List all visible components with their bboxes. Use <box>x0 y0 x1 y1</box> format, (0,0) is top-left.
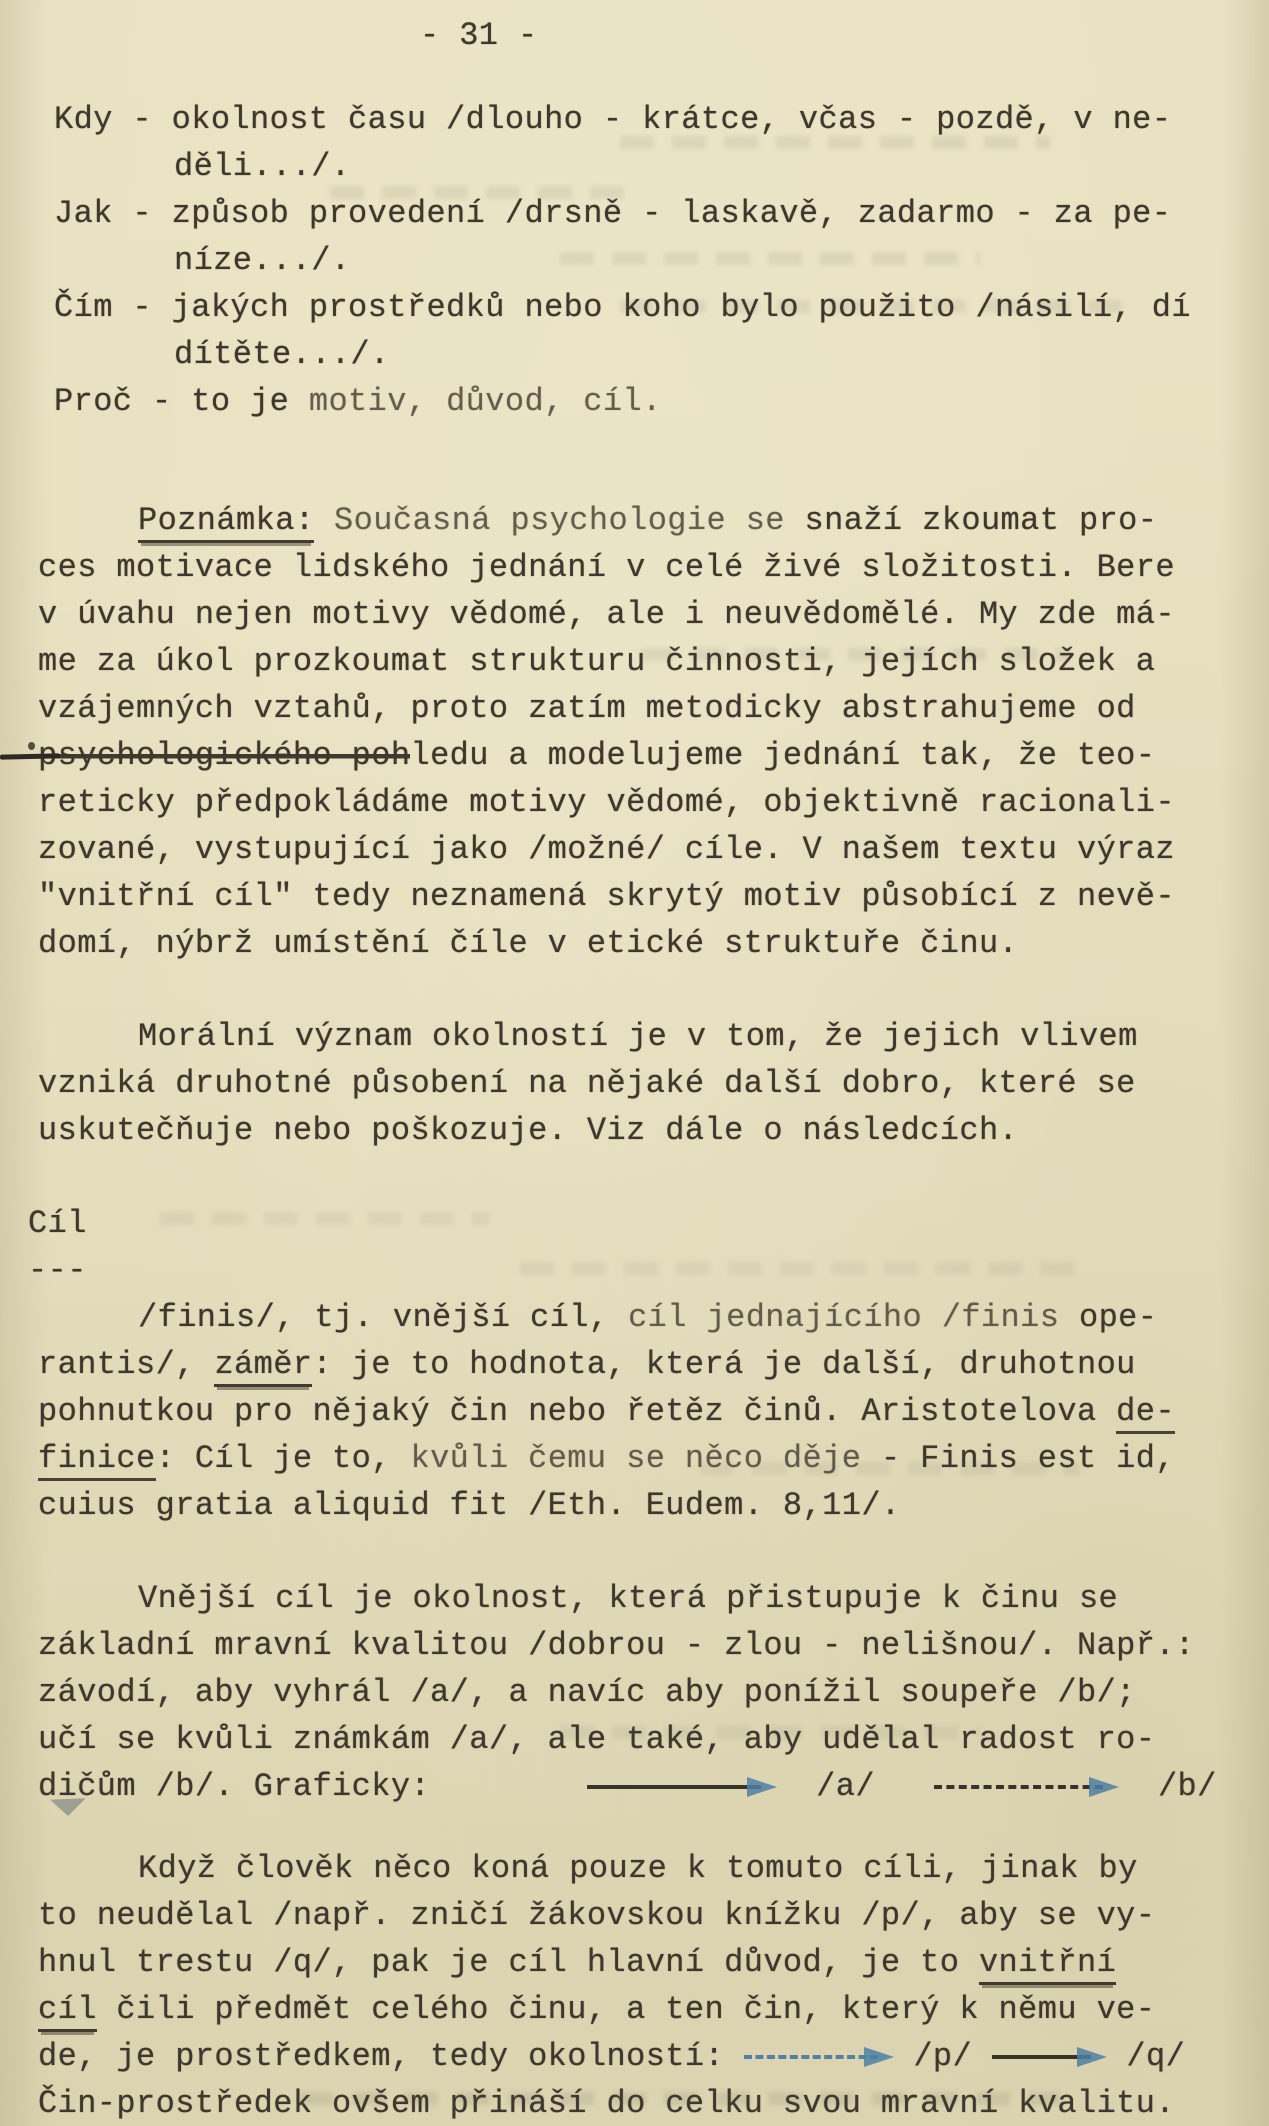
text-line: "vnitřní cíl" tedy neznamená skrytý moti… <box>0 873 1269 920</box>
solid-long-arrow <box>587 1776 777 1798</box>
text-line: základní mravní kvalitou /dobrou - zlou … <box>0 1622 1269 1669</box>
text-line: me za úkol prozkoumat strukturu činnosti… <box>0 638 1269 685</box>
text-line: hnul trestu /q/, pak je cíl hlavní důvod… <box>0 1939 1269 1986</box>
scanned-document-page: - 31 - Kdy - okolnost času /dlouho - krá… <box>0 0 1269 2126</box>
text-line: Vnější cíl je okolnost, která přistupuje… <box>0 1575 1269 1622</box>
text-run: cíl jednajícího /finis <box>628 1299 1059 1336</box>
text-line: pohnutkou pro nějaký čin nebo řetěz činů… <box>0 1388 1269 1435</box>
text-line: učí se kvůli známkám /a/, ale také, aby … <box>0 1716 1269 1763</box>
bleed-through-mark <box>160 1212 490 1225</box>
text-line: cuius gratia aliquid fit /Eth. Eudem. 8,… <box>0 1482 1269 1529</box>
text-line: Když člověk něco koná pouze k tomuto cíl… <box>0 1845 1269 1892</box>
text-block: Kdy - okolnost času /dlouho - krátce, vč… <box>0 96 1269 2126</box>
text-line: vzájemných vztahů, proto zatím metodicky… <box>0 685 1269 732</box>
bleed-through-mark <box>640 648 1070 661</box>
page-number: - 31 - <box>0 0 1269 61</box>
blank-line <box>0 1810 1269 1845</box>
blank-line <box>0 1529 1269 1575</box>
underlined-text: Poznámka: <box>138 502 314 543</box>
text-line: vzniká druhotné působení na nějaké další… <box>0 1060 1269 1107</box>
underlined-text: de- <box>1116 1393 1175 1434</box>
bleed-through-mark <box>620 136 1050 149</box>
blank-line <box>0 1154 1269 1200</box>
text-line: Morální význam okolností je v tom, že je… <box>0 1013 1269 1060</box>
pen-struck-text: psychologického poh <box>38 737 410 774</box>
text-line: Poznámka: Současná psychologie se snaží … <box>0 497 1269 544</box>
text-line: děli.../. <box>0 143 1269 190</box>
text-line: ces motivace lidského jednání v celé živ… <box>0 544 1269 591</box>
text-line: cíl čili předmět celého činu, a ten čin,… <box>0 1986 1269 2033</box>
text-line: reticky předpokládáme motivy vědomé, obj… <box>0 779 1269 826</box>
text-line: domí, nýbrž umístění číle v etické struk… <box>0 920 1269 967</box>
bleed-through-mark <box>300 2092 1060 2105</box>
text-run: motiv, důvod, cíl. <box>309 383 662 420</box>
bleed-through-mark <box>330 186 630 199</box>
underlined-text: vnitřní <box>979 1944 1116 1985</box>
bleed-through-mark <box>520 1262 1080 1275</box>
text-line: závodí, aby vyhrál /a/, a navíc aby poní… <box>0 1669 1269 1716</box>
underlined-text: záměr <box>214 1346 312 1387</box>
underlined-text: cíl <box>38 1991 97 2032</box>
solid-short-arrow <box>992 2046 1107 2068</box>
dashed-long-arrow <box>934 1776 1119 1798</box>
text-line: Jak - způsob provedení /drsně - laskavě,… <box>0 190 1269 237</box>
text-line: de, je prostředkem, tedy okolností: /p/ … <box>0 2033 1269 2080</box>
text-line: psychologického pohledu a modelujeme jed… <box>0 732 1269 779</box>
text-line: zované, vystupující jako /možné/ cíle. V… <box>0 826 1269 873</box>
dashed-blue-arrow <box>744 2046 894 2068</box>
underlined-text: finice <box>38 1440 156 1481</box>
bleed-through-mark <box>560 1726 980 1739</box>
text-line: dičům /b/. Graficky: /a/ /b/ <box>0 1763 1269 1810</box>
text-line: to neudělal /např. zničí žákovskou knížk… <box>0 1892 1269 1939</box>
text-line: v úvahu nejen motivy vědomé, ale i neuvě… <box>0 591 1269 638</box>
text-line: uskutečňuje nebo poškozuje. Viz dále o n… <box>0 1107 1269 1154</box>
pen-dot-mark <box>28 742 35 750</box>
bleed-through-mark <box>620 300 1140 313</box>
text-line: dítěte.../. <box>0 331 1269 378</box>
bleed-through-mark <box>560 252 980 265</box>
bleed-through-mark <box>700 1462 1080 1475</box>
blank-line <box>0 967 1269 1013</box>
text-run: Současná psychologie se <box>314 502 784 539</box>
blank-line <box>0 425 1269 497</box>
text-line: /finis/, tj. vnější cíl, cíl jednajícího… <box>0 1294 1269 1341</box>
text-line: Proč - to je motiv, důvod, cíl. <box>0 378 1269 425</box>
text-line: rantis/, záměr: je to hodnota, která je … <box>0 1341 1269 1388</box>
